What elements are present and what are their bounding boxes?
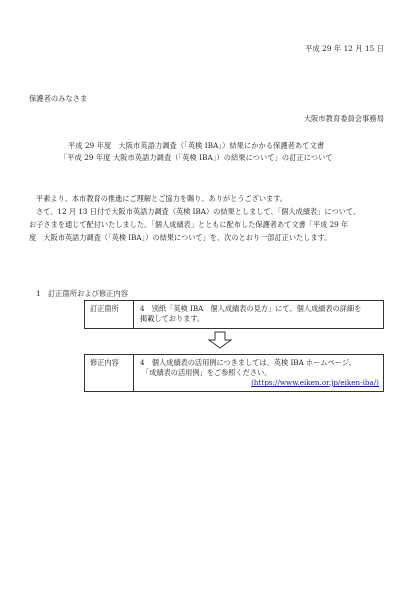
correction-label: 訂正箇所 xyxy=(85,301,134,328)
correction-box: 訂正箇所 4 別紙「英検 IBA 個人成績表の見方」にて、個人成績表の詳細を 掲… xyxy=(84,300,384,329)
sender: 大阪市教育委員会事務局 xyxy=(304,114,384,123)
body-paragraph-line: 度 大阪市英語力調査（「英検 IBA」）の結果について」を、次のとおり一部訂正い… xyxy=(29,233,331,242)
addressee: 保護者のみなさま xyxy=(29,94,87,103)
revised-line: 4 個人成績表の活用例につきましては、英検 IBA ホームページ、 xyxy=(140,358,379,368)
revised-content: 4 個人成績表の活用例につきましては、英検 IBA ホームページ、 「成績表の活… xyxy=(134,355,383,391)
revised-label: 修正内容 xyxy=(85,355,134,391)
document-title-line-1: 平成 29 年度 大阪市英語力調査（「英検 IBA」）結果にかかる保護者あて文書 xyxy=(68,141,324,150)
down-arrow-icon xyxy=(207,331,233,349)
issue-date: 平成 29 年 12 月 15 日 xyxy=(305,44,384,53)
body-paragraph-line: お子さまを通じて配付いたしました。「個人成績表」とともに配布した保護者あて文書「… xyxy=(29,220,348,229)
correction-line: 4 別紙「英検 IBA 個人成績表の見方」にて、個人成績表の詳細を xyxy=(140,304,379,314)
correction-content: 4 別紙「英検 IBA 個人成績表の見方」にて、個人成績表の詳細を 掲載しており… xyxy=(134,301,383,328)
eiken-iba-link[interactable]: (https://www.eiken.or.jp/eiken-iba/) xyxy=(140,378,379,388)
body-paragraph-line: さて、12 月 13 日付で大阪市英語力調査（英検 IBA）の結果としまして、「… xyxy=(36,207,360,216)
revised-line: 「成績表の活用例」をご参照ください。 xyxy=(140,368,379,378)
section-heading: 1 訂正箇所および修正内容 xyxy=(36,289,128,298)
revised-box: 修正内容 4 個人成績表の活用例につきましては、英検 IBA ホームページ、 「… xyxy=(84,354,384,392)
body-paragraph-line: 平素より、本市教育の推進にご理解とご協力を賜り、ありがとうございます。 xyxy=(36,194,287,203)
document-title-line-2: 「平成 29 年度 大阪市英語力調査（「英検 IBA」）の結果について」の訂正に… xyxy=(60,153,333,162)
correction-line: 掲載しております。 xyxy=(140,314,379,324)
